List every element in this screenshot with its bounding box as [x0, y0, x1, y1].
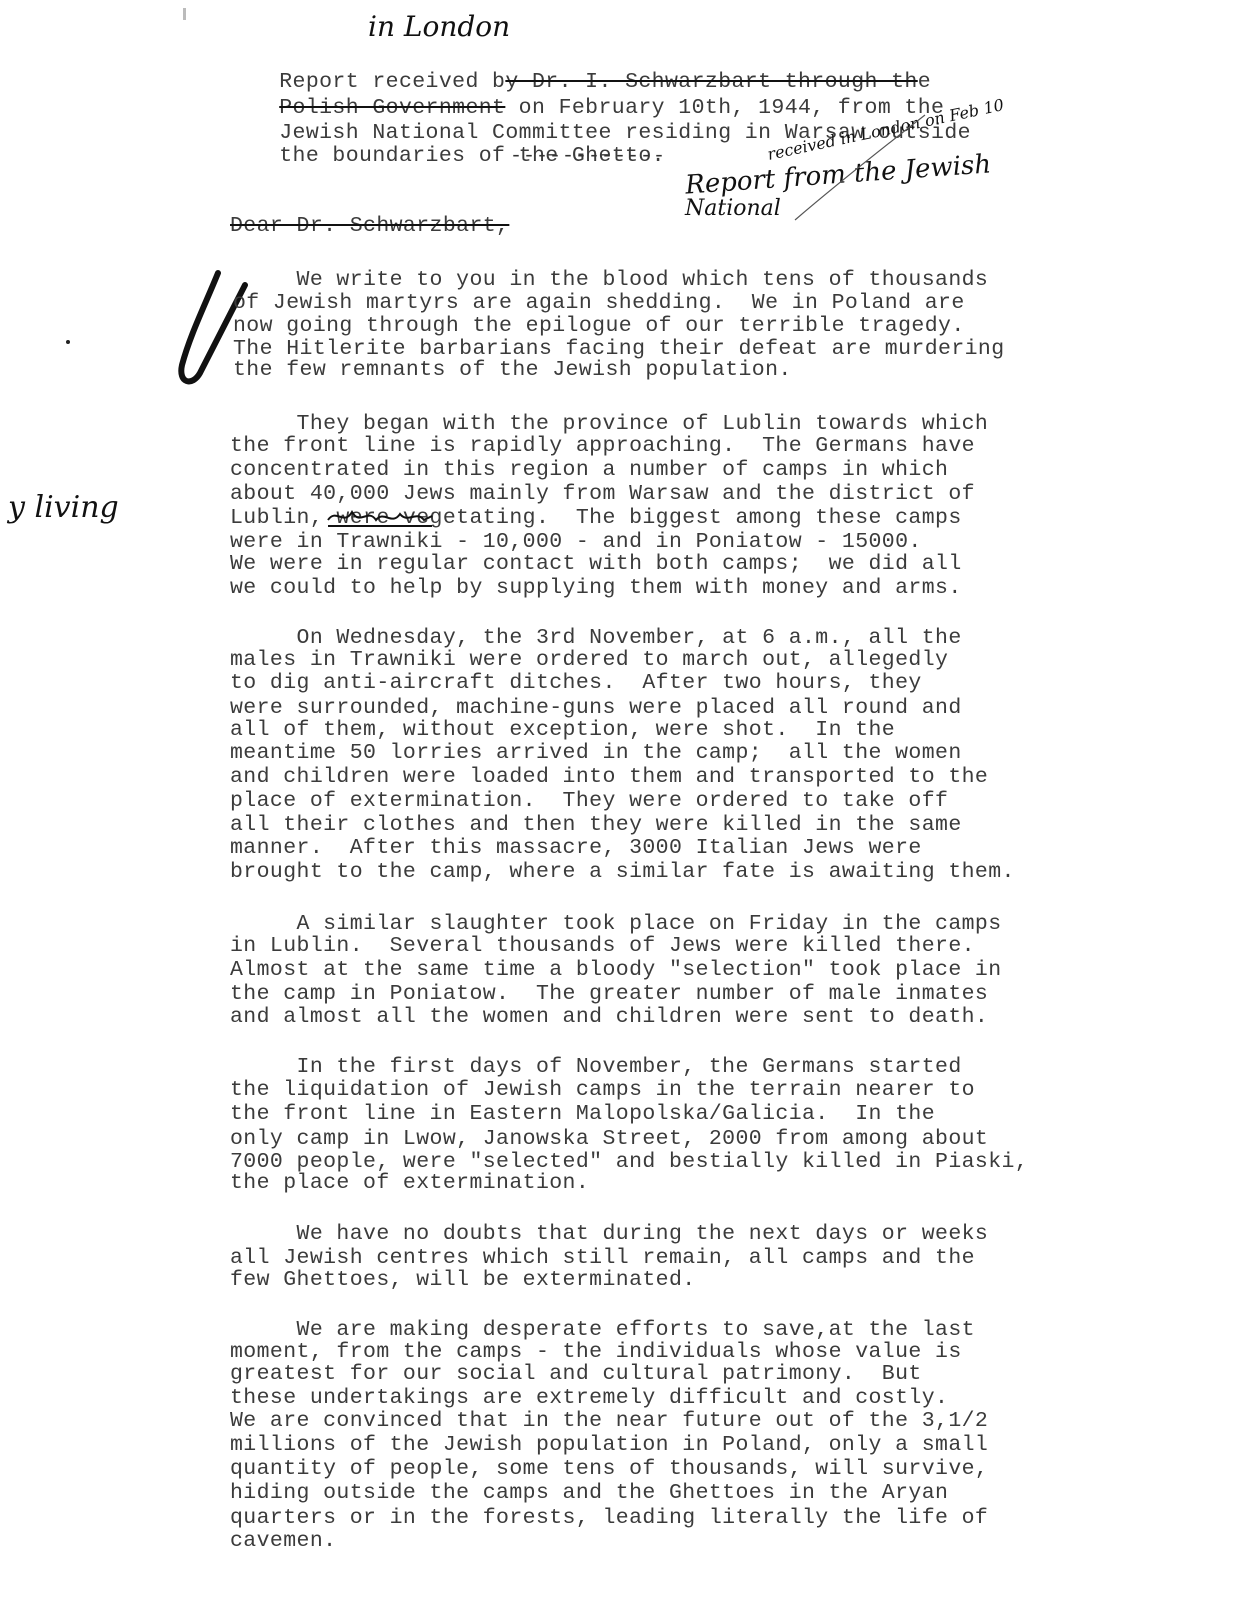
paragraph-7-line-10: cavemen. [230, 1529, 336, 1553]
paragraph-2-line-6: were in Trawniki - 10,000 - and in Ponia… [230, 530, 922, 554]
paragraph-5-line-2: the liquidation of Jewish camps in the t… [230, 1078, 975, 1102]
paragraph-2-line-2: the front line is rapidly approaching. T… [230, 434, 975, 458]
paragraph-6-line-2: all Jewish centres which still remain, a… [230, 1246, 975, 1270]
handwritten-margin-note-living: y living [8, 490, 119, 525]
paragraph-1-line-3: now going through the epilogue of our te… [233, 314, 965, 338]
paragraph-7-line-1: We are making desperate efforts to save,… [230, 1318, 975, 1342]
paragraph-3-line-2: males in Trawniki were ordered to march … [230, 648, 948, 672]
paragraph-2-line-7: We were in regular contact with both cam… [230, 552, 962, 576]
corner-mark [183, 8, 186, 20]
paragraph-1-line-1: We write to you in the blood which tens … [230, 268, 988, 292]
paragraph-1-line-5: the few remnants of the Jewish populatio… [233, 358, 792, 382]
paragraph-3-line-5: all of them, without exception, were sho… [230, 718, 895, 742]
paragraph-3-line-3: to dig anti-aircraft ditches. After two … [230, 671, 922, 695]
paragraph-4-line-5: and almost all the women and children we… [230, 1005, 988, 1029]
paragraph-7-line-5: We are convinced that in the near future… [230, 1409, 988, 1433]
paragraph-7-line-3: greatest for our social and cultural pat… [230, 1362, 922, 1386]
handwritten-annotation-national: National [685, 196, 781, 221]
paragraph-6-line-1: We have no doubts that during the next d… [230, 1222, 988, 1246]
paragraph-5-line-4: only camp in Lwow, Janowska Street, 2000… [230, 1127, 988, 1151]
paragraph-4-line-2: in Lublin. Several thousands of Jews wer… [230, 934, 975, 958]
handwritten-slash-stroke [790, 110, 930, 230]
margin-dot [66, 340, 70, 344]
paragraph-3-line-11: brought to the camp, where a similar fat… [230, 860, 1015, 884]
paragraph-7-line-6: millions of the Jewish population in Pol… [230, 1433, 988, 1457]
paragraph-4-line-4: the camp in Poniatow. The greater number… [230, 982, 988, 1006]
paragraph-3-line-9: all their clothes and then they were kil… [230, 813, 962, 837]
handwritten-annotation-in-london: in London [368, 10, 510, 43]
paragraph-7-line-4: these undertakings are extremely difficu… [230, 1386, 948, 1410]
handwritten-scribble-over-vegetating [326, 506, 436, 528]
paragraph-1-line-2: of Jewish martyrs are again shedding. We… [233, 291, 965, 315]
paragraph-3-line-7: and children were loaded into them and t… [230, 765, 988, 789]
paragraph-7-line-9: quarters or in the forests, leading lite… [230, 1506, 988, 1530]
paragraph-2-line-8: we could to help by supplying them with … [230, 576, 962, 600]
paragraph-3-line-6: meantime 50 lorries arrived in the camp;… [230, 741, 962, 765]
paragraph-6-line-3: few Ghettoes, will be exterminated. [230, 1268, 696, 1292]
paragraph-2-line-3: concentrated in this region a number of … [230, 458, 948, 482]
paragraph-4-line-1: A similar slaughter took place on Friday… [230, 912, 1002, 936]
paragraph-7-line-2: moment, from the camps - the individuals… [230, 1340, 962, 1364]
paragraph-7-line-7: quantity of people, some tens of thousan… [230, 1457, 988, 1481]
paragraph-3-line-4: were surrounded, machine-guns were place… [230, 696, 962, 720]
paragraph-3-line-8: place of extermination. They were ordere… [230, 789, 948, 813]
paragraph-5-line-6: the place of extermination. [230, 1171, 589, 1195]
paragraph-5-line-1: In the first days of November, the Germa… [230, 1055, 962, 1079]
paragraph-5-line-3: the front line in Eastern Malopolska/Gal… [230, 1102, 935, 1126]
separator-dashes: ------------ [510, 145, 666, 168]
paragraph-7-line-8: hiding outside the camps and the Ghettoe… [230, 1481, 948, 1505]
paragraph-3-line-10: manner. After this massacre, 3000 Italia… [230, 836, 922, 860]
salutation: Dear Dr. Schwarzbart, [230, 214, 509, 238]
paragraph-2-line-1: They began with the province of Lublin t… [230, 412, 988, 436]
paragraph-4-line-3: Almost at the same time a bloody "select… [230, 958, 1002, 982]
paragraph-2-line-4: about 40,000 Jews mainly from Warsaw and… [230, 482, 975, 506]
paragraph-3-line-1: On Wednesday, the 3rd November, at 6 a.m… [230, 626, 962, 650]
document-page: in London Report received by Dr. I. Schw… [0, 0, 1236, 1600]
